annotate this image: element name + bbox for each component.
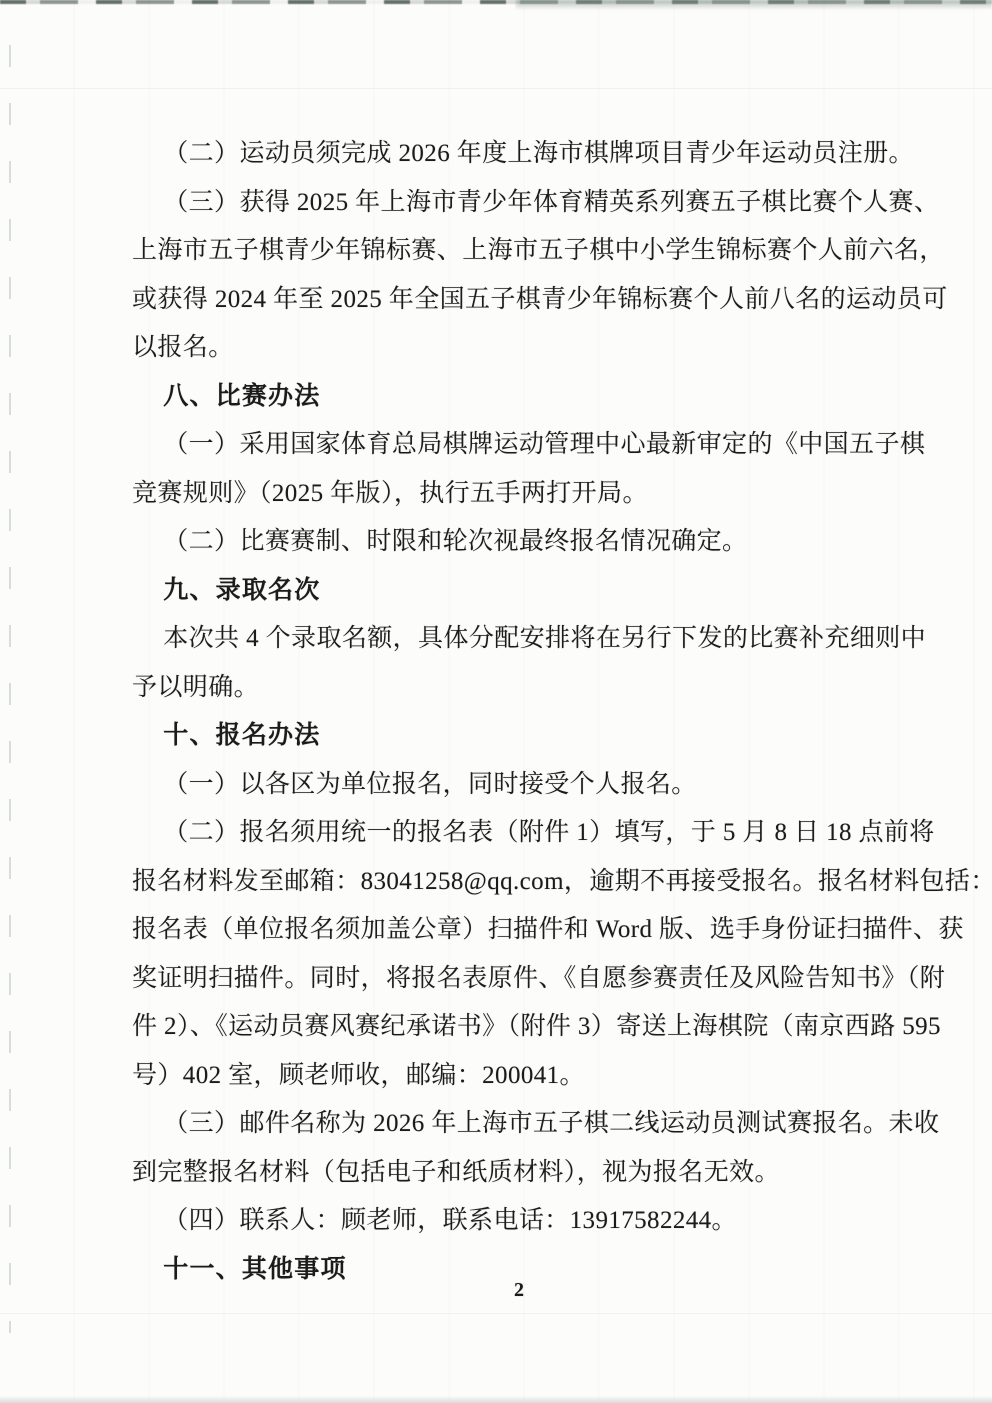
document-line: 本次共 4 个录取名额，具体分配安排将在另行下发的比赛补充细则中 — [132, 615, 932, 664]
document-line: 奖证明扫描件。同时，将报名表原件、《自愿参赛责任及风险告知书》（附 — [132, 955, 932, 1004]
document-line: 报名表（单位报名须加盖公章）扫描件和 Word 版、选手身份证扫描件、获 — [132, 906, 932, 955]
document-line: 或获得 2024 年至 2025 年全国五子棋青少年锦标赛个人前八名的运动员可 — [132, 276, 932, 325]
document-line: 予以明确。 — [132, 664, 932, 713]
document-body: （二）运动员须完成 2026 年度上海市棋牌项目青少年运动员注册。 （三）获得 … — [132, 130, 932, 1294]
scan-line-artifact — [0, 88, 992, 89]
document-line: 报名材料发至邮箱：83041258@qq.com，逾期不再接受报名。报名材料包括… — [132, 858, 932, 907]
document-line: 号）402 室，顾老师收，邮编：200041。 — [132, 1052, 932, 1101]
document-line: （二）报名须用统一的报名表（附件 1）填写，于 5 月 8 日 18 点前将 — [132, 809, 932, 858]
document-line: （一）以各区为单位报名，同时接受个人报名。 — [132, 761, 932, 810]
document-line: 竞赛规则》（2025 年版），执行五手两打开局。 — [132, 470, 932, 519]
document-line: （四）联系人：顾老师，联系电话：13917582244。 — [132, 1197, 932, 1246]
scan-edge-artifact-top-right — [516, 0, 992, 10]
page-number: 2 — [132, 1279, 906, 1302]
section-heading-10: 十、报名办法 — [132, 712, 932, 761]
section-heading-9: 九、录取名次 — [132, 567, 932, 616]
document-line: （三）邮件名称为 2026 年上海市五子棋二线运动员测试赛报名。未收 — [132, 1100, 932, 1149]
document-line: （二）运动员须完成 2026 年度上海市棋牌项目青少年运动员注册。 — [132, 130, 932, 179]
document-line: 到完整报名材料（包括电子和纸质材料），视为报名无效。 — [132, 1149, 932, 1198]
scan-edge-artifact-bottom — [0, 1396, 992, 1403]
document-line: 件 2）、《运动员赛风赛纪承诺书》（附件 3）寄送上海棋院（南京西路 595 — [132, 1003, 932, 1052]
document-line: 以报名。 — [132, 324, 932, 373]
section-heading-8: 八、比赛办法 — [132, 373, 932, 422]
scanned-document-page: （二）运动员须完成 2026 年度上海市棋牌项目青少年运动员注册。 （三）获得 … — [0, 0, 992, 1403]
document-line: （二）比赛赛制、时限和轮次视最终报名情况确定。 — [132, 518, 932, 567]
document-line: （一）采用国家体育总局棋牌运动管理中心最新审定的《中国五子棋 — [132, 421, 932, 470]
document-line: （三）获得 2025 年上海市青少年体育精英系列赛五子棋比赛个人赛、 — [132, 179, 932, 228]
scan-line-artifact — [0, 1313, 992, 1314]
scan-edge-artifact-left — [9, 45, 11, 1333]
document-line: 上海市五子棋青少年锦标赛、上海市五子棋中小学生锦标赛个人前六名， — [132, 227, 932, 276]
